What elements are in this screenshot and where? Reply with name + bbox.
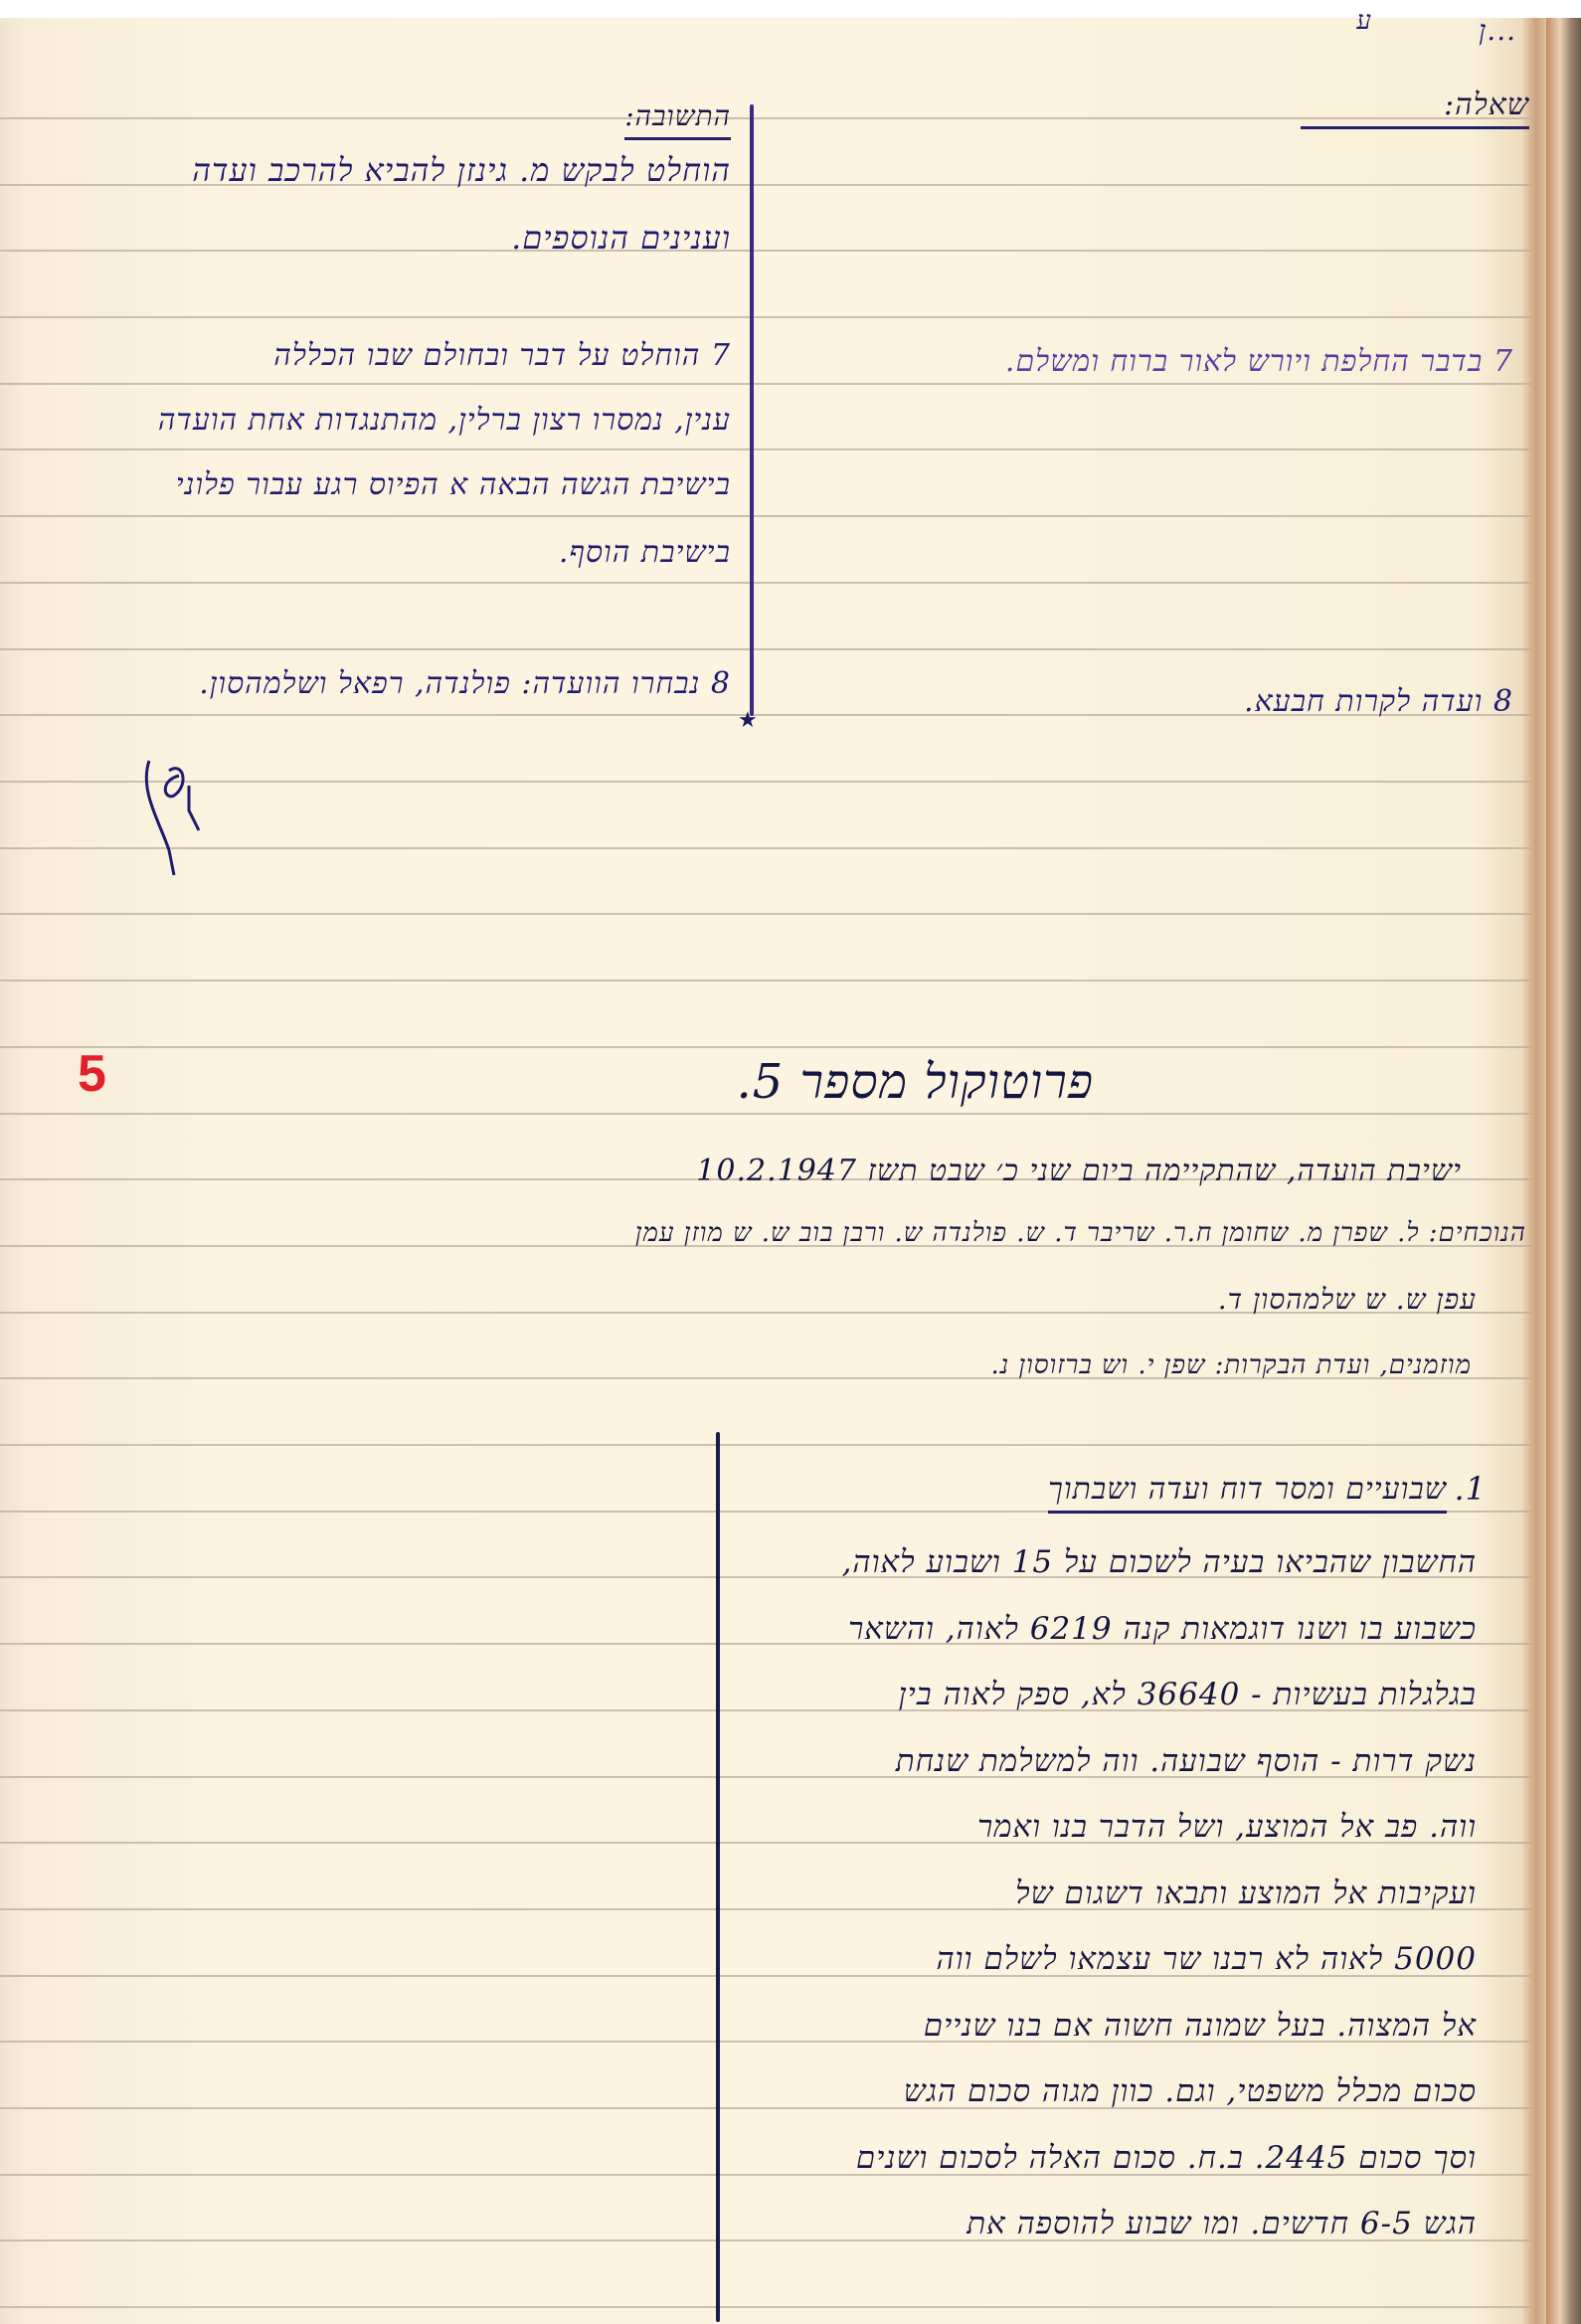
item-1-line: נשק דרות - הוסף שבועה. ווה למשלמת שנחת xyxy=(896,1743,1477,1779)
left-column-heading: התשובה: xyxy=(624,99,731,140)
ruled-line xyxy=(0,847,1531,849)
item-1-line: ועקיבות אל המוצע ותבאו דשגום של xyxy=(1015,1876,1477,1911)
ruled-line xyxy=(0,250,1531,252)
item-1-line: הגש 6-5 חדשים. ומו שבוע להוספה את xyxy=(966,2206,1477,2241)
left-item7-line-1: 7 הוחלט על דבר ובחולם שבו הכללה xyxy=(273,338,731,373)
ruled-line xyxy=(0,781,1531,783)
top-corner-fragment-mid: ע xyxy=(1356,6,1372,36)
left-item7-line-4: בישיבת הוסף. xyxy=(559,535,731,570)
right-column-heading: שאלה: xyxy=(1301,88,1529,129)
ruled-line xyxy=(0,2306,1531,2308)
attendees-line-1: הנוכחים: ל. שפרן מ. שחומן ח.ר. שריבר ד. … xyxy=(635,1218,1526,1248)
item-1-line: החשבון שהביאו בעיה לשכום על 15 ושבוע לאו… xyxy=(842,1544,1477,1580)
ruled-line xyxy=(0,980,1531,982)
item-1-line: וסך סכום 2445. ב.ח. סכום האלה לסכום ושני… xyxy=(856,2140,1477,2176)
ruled-line xyxy=(0,582,1531,584)
star-mark: ★ xyxy=(738,708,758,733)
page-number-marker: 5 xyxy=(78,1044,106,1104)
ruled-line xyxy=(0,383,1531,385)
ruled-line xyxy=(0,648,1531,650)
signature-mark xyxy=(129,751,209,880)
item-1-number: 1. xyxy=(1454,1470,1487,1508)
top-corner-fragment-right: ...ן xyxy=(1479,14,1516,48)
ruled-line xyxy=(0,1444,1531,1446)
meeting-line: ישיבת הועדה, שהתקיימה ביום שני כ׳ שבט תש… xyxy=(696,1154,1462,1188)
item-1-line: ווה. פב אל המוצע, ושל הדבר בנו ואמר xyxy=(977,1809,1477,1845)
attendees-line-2: עפן ש. ש שלמהסון ד. xyxy=(1218,1283,1477,1317)
ruled-line xyxy=(0,448,1531,450)
left-line-2: וענינים הנוספים. xyxy=(511,219,731,257)
ruled-line xyxy=(0,316,1531,318)
protocol-title: פרוטוקול מספר 5. xyxy=(736,1054,1094,1110)
left-item7-line-3: בישיבת הגשה הבאה א הפיוס רגע עבור פלוני xyxy=(176,467,731,502)
right-item-8: 8 ועדה לקרות חבעא. xyxy=(1244,684,1513,719)
item-1-line: 5000 לאוה לא רבנו שר עצמאו לשלם ווה xyxy=(936,1941,1477,1977)
item-1-line: בגלגלות בעשיות - 36640 לא, ספק לאוה בין xyxy=(899,1677,1477,1712)
ruled-line xyxy=(0,913,1531,915)
ruled-line xyxy=(0,1046,1531,1048)
notebook-binding xyxy=(1546,18,1581,2324)
ruled-line xyxy=(0,515,1531,517)
item-1-line: כשבוע בו ושנו דוגמאות קנה 6219 לאוה, והש… xyxy=(848,1611,1477,1647)
item-1-line: סכום מכלל משפטי, וגם. כוון מגוה סכום הגש xyxy=(904,2073,1477,2109)
left-item-8: 8 נבחרו הוועדה: פולנדה, רפאל ושלמהסון. xyxy=(199,666,731,701)
item-1-line: אל המצוה. בעל שמונה חשוה אם בנו שניים xyxy=(924,2008,1477,2044)
item-1-heading: שבועיים ומסר דוח ועדה ושבתוך xyxy=(1048,1472,1447,1514)
guests-line: מוזמנים, ועדת הבקרות: שפן י. וש ברזוסון … xyxy=(991,1350,1473,1380)
column-divider-upper xyxy=(750,104,754,716)
right-item-7: 7 בדבר החלפת ויורש לאור ברוח ומשלם. xyxy=(1005,344,1513,379)
left-line-1: הוחלט לבקש מ. גינזן להביא להרכב ועדה xyxy=(192,151,731,189)
ruled-line xyxy=(0,1113,1531,1115)
left-item7-line-2: ענין, נמסרו רצון ברלין, מהתנגדות אחת הוע… xyxy=(158,403,731,438)
column-divider-lower xyxy=(716,1432,720,2322)
